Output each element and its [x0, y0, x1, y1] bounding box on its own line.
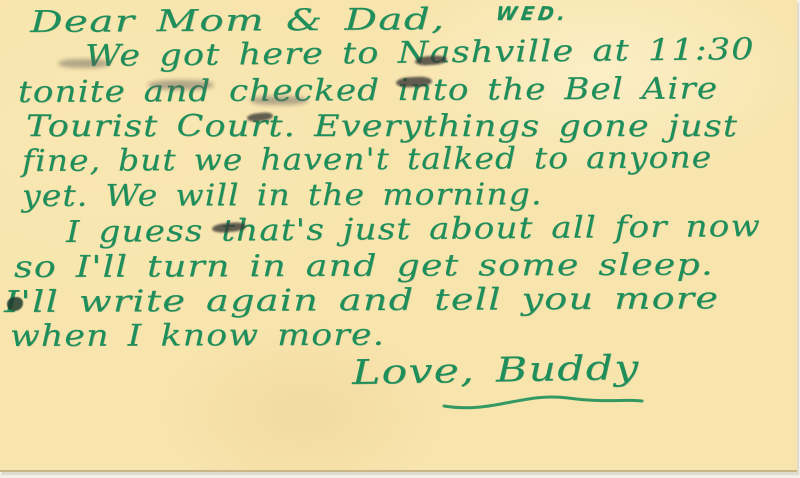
handwritten-line: Tourist Court. Everythings gone just [26, 112, 738, 142]
signature-line: Love, Buddy [352, 351, 640, 390]
handwritten-line: so I'll turn in and get some sleep. [14, 251, 714, 283]
handwritten-line: tonite and checked into the Bel Aire [18, 74, 718, 108]
handwritten-line: I'll write again and tell you more [4, 284, 719, 318]
postcard-scan: WED. Dear Mom & Dad, We got here to Nash… [0, 0, 797, 472]
handwritten-line: fine, but we haven't talked to anyone [22, 143, 712, 177]
signature-underline [438, 390, 648, 414]
smudge-mark [250, 96, 308, 105]
handwritten-line: We got here to Nashville at 11:30 [85, 35, 755, 72]
handwritten-line: I guess that's just about all for now [66, 212, 761, 248]
handwritten-line: when I know more. [10, 321, 385, 352]
salutation-line: Dear Mom & Dad, [30, 5, 446, 38]
smudge-mark [148, 80, 214, 90]
smudge-mark [58, 59, 110, 68]
handwritten-line: yet. We will in the morning. [22, 180, 543, 212]
day-annotation: WED. [494, 3, 570, 25]
